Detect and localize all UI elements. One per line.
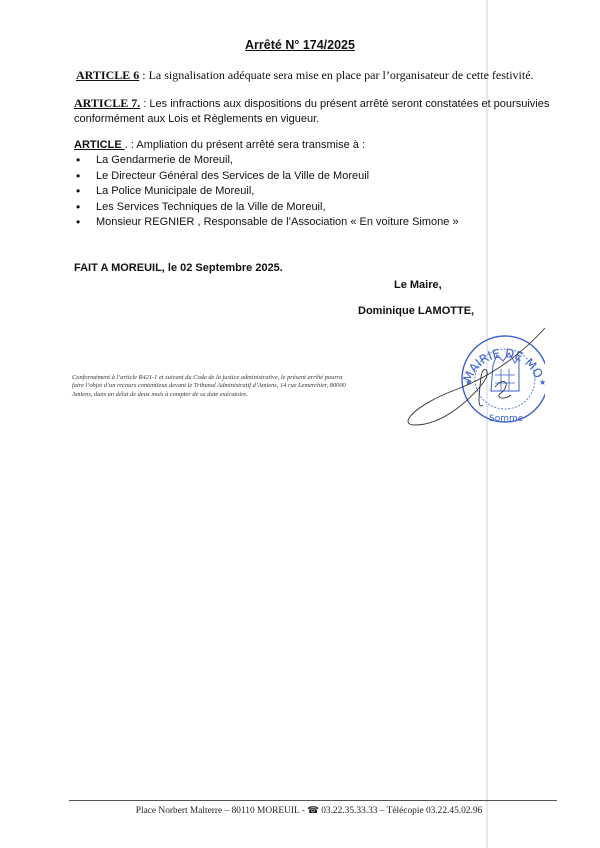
footer-phone-fax: 03.22.35.33.33 – Télécopie 03.22.45.02.9… bbox=[319, 806, 482, 816]
article-6-label: ARTICLE 6 bbox=[76, 68, 139, 82]
document-title: Arrêté N° 174/2025 bbox=[0, 38, 600, 52]
article-7: ARTICLE 7. : Les infractions aux disposi… bbox=[74, 96, 594, 127]
recipients-list: La Gendarmerie de Moreuil, Le Directeur … bbox=[74, 153, 459, 231]
footer-address: Place Norbert Malterre – 80110 MOREUIL - bbox=[136, 806, 307, 816]
list-item: Monsieur REGNIER , Responsable de l’Asso… bbox=[74, 215, 459, 231]
article-7-text: : Les infractions aux dispositions du pr… bbox=[74, 98, 549, 125]
svg-text:★: ★ bbox=[539, 378, 545, 387]
list-item: La Police Municipale de Moreuil, bbox=[74, 184, 459, 200]
telephone-icon: ☎ bbox=[307, 806, 319, 816]
article-ampliation-label: ARTICLE bbox=[74, 139, 125, 151]
list-item: La Gendarmerie de Moreuil, bbox=[74, 153, 459, 169]
article-6-text: : La signalisation adéquate sera mise en… bbox=[139, 68, 533, 82]
footer-contact: Place Norbert Malterre – 80110 MOREUIL -… bbox=[0, 805, 600, 816]
mayor-stamp-signature: MAIRIE DE MOREUIL Somme ★ ★ bbox=[385, 325, 545, 440]
stamp-top-text: MAIRIE DE MOREUIL bbox=[385, 325, 545, 384]
signatory-title: Le Maire, bbox=[394, 279, 442, 291]
article-ampliation-text: . : Ampliation du présent arrêté sera tr… bbox=[125, 139, 365, 151]
official-stamp-icon: MAIRIE DE MOREUIL Somme ★ ★ bbox=[385, 325, 545, 424]
svg-text:Somme: Somme bbox=[489, 414, 524, 424]
place-date: FAIT A MOREUIL, le 02 Septembre 2025. bbox=[74, 262, 283, 274]
article-ampliation: ARTICLE . : Ampliation du présent arrêté… bbox=[74, 138, 459, 231]
list-item: Les Services Techniques de la Ville de M… bbox=[74, 200, 459, 216]
article-7-label: ARTICLE 7. bbox=[74, 96, 140, 110]
list-item: Le Directeur Général des Services de la … bbox=[74, 169, 459, 185]
footer-divider bbox=[69, 800, 557, 801]
article-6: ARTICLE 6 : La signalisation adéquate se… bbox=[76, 68, 534, 83]
legal-notice: Conformément à l’article R421-1 et suiva… bbox=[72, 374, 352, 399]
signatory-name: Dominique LAMOTTE, bbox=[358, 305, 474, 317]
svg-text:MAIRIE DE MOREUIL: MAIRIE DE MOREUIL bbox=[385, 325, 545, 384]
